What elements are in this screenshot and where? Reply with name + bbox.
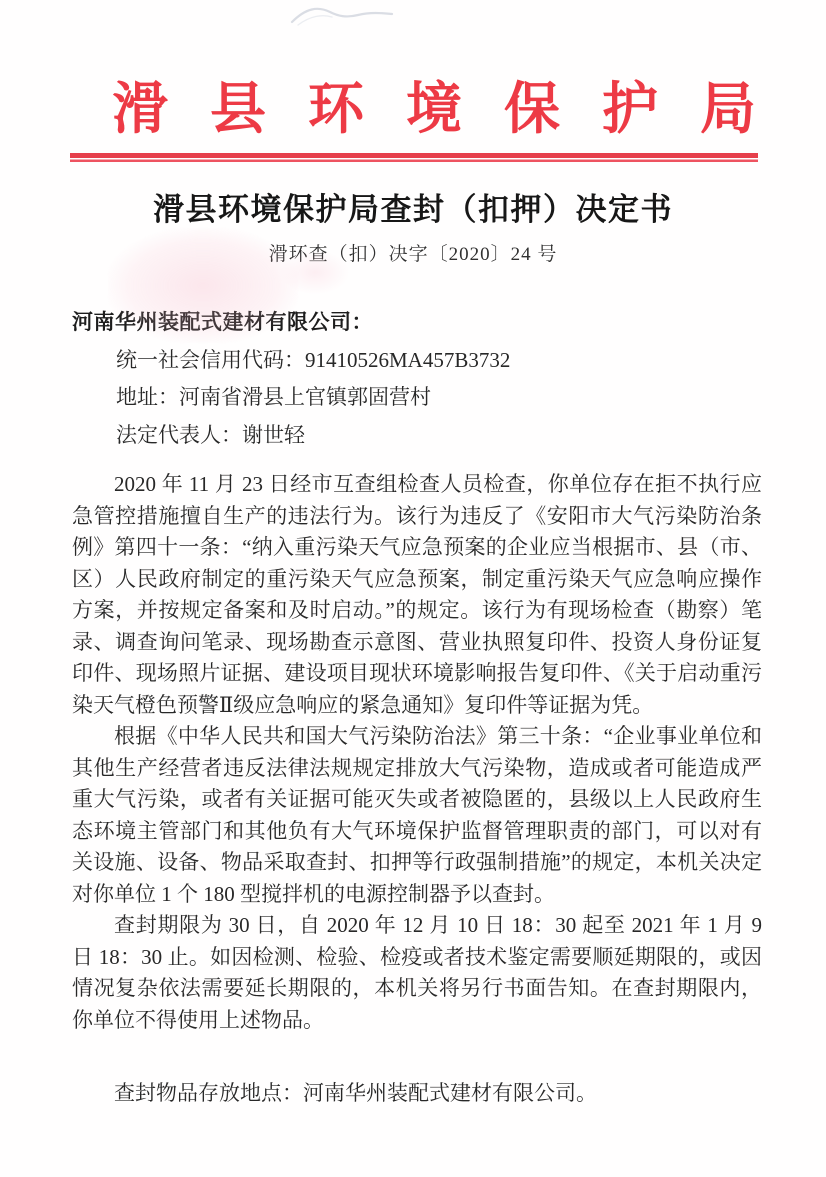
decision-paragraphs: 2020 年 11 月 23 日经市互查组检查人员检查，你单位存在拒不执行应急管… [72,469,762,1036]
paragraph-seal-period: 查封期限为 30 日，自 2020 年 12 月 10 日 18：30 起至 2… [72,910,762,1036]
storage-location-line: 查封物品存放地点：河南华州装配式建材有限公司。 [72,1078,762,1110]
address-label: 地址： [116,385,179,409]
recipient-address-line: 地址：河南省滑县上官镇郭固营村 [72,379,762,417]
letterhead-agency-title: 滑县环境保护局 [70,0,756,140]
document-body: 河南华州装配式建材有限公司： 统一社会信用代码：91410526MA457B37… [72,304,762,1110]
recipient-company-name: 河南华州装配式建材有限公司： [72,304,762,342]
paragraph-legal-basis: 根据《中华人民共和国大气污染防治法》第三十条：“企业事业单位和其他生产经营者违反… [72,721,762,910]
letterhead-red-rule [70,153,758,162]
credit-code-label: 统一社会信用代码： [116,348,305,372]
recipient-block: 河南华州装配式建材有限公司： 统一社会信用代码：91410526MA457B37… [72,304,762,454]
recipient-legal-rep-line: 法定代表人：谢世轻 [72,417,762,455]
document-title: 滑县环境保护局查封（扣押）决定书 [0,190,826,230]
credit-code-value: 91410526MA457B3732 [305,348,510,372]
scanned-document-page: 滑县环境保护局 滑县环境保护局查封（扣押）决定书 滑环查（扣）决字〔2020〕2… [0,0,826,1177]
document-number: 滑环查（扣）决字〔2020〕24 号 [0,242,826,268]
legal-rep-value: 谢世轻 [242,423,305,447]
address-value: 河南省滑县上官镇郭固营村 [179,385,431,409]
legal-rep-label: 法定代表人： [116,423,242,447]
paragraph-violation-facts: 2020 年 11 月 23 日经市互查组检查人员检查，你单位存在拒不执行应急管… [72,469,762,721]
recipient-credit-code-line: 统一社会信用代码：91410526MA457B3732 [72,342,762,380]
